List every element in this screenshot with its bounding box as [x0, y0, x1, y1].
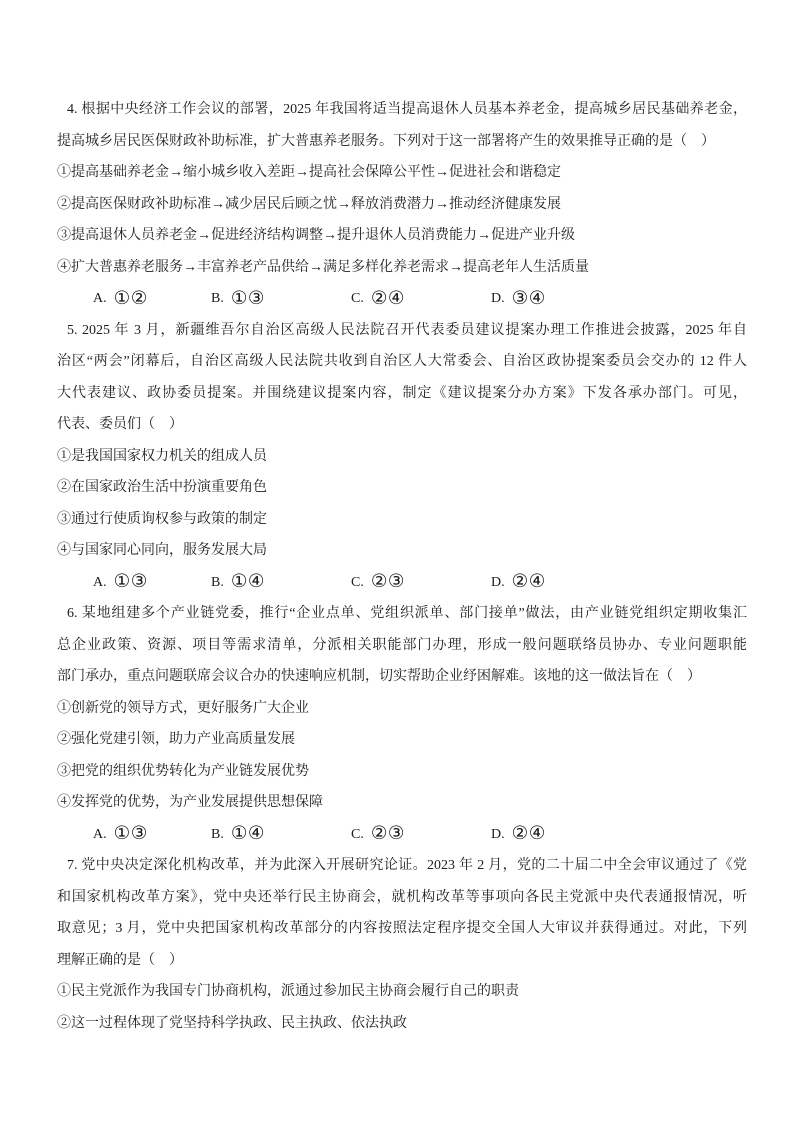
choice-d: D. ②④	[491, 567, 546, 599]
choice-b: B. ①④	[211, 819, 351, 851]
question-item: ②在国家政治生活中扮演重要角色	[57, 472, 747, 504]
choice-value: ②③	[371, 825, 405, 844]
question-item: ①创新党的领导方式，更好服务广大企业	[57, 693, 747, 725]
choice-value: ①④	[231, 573, 265, 592]
choice-label: B.	[211, 819, 224, 851]
question-item: ②这一过程体现了党坚持科学执政、民主执政、依法执政	[57, 1008, 747, 1040]
choice-a: A. ①③	[93, 567, 211, 599]
choice-label: C.	[351, 283, 364, 315]
choice-label: C.	[351, 819, 364, 851]
question-4: 4. 根据中央经济工作会议的部署，2025 年我国将适当提高退休人员基本养老金，…	[57, 94, 747, 315]
choice-value: ①②	[114, 290, 148, 309]
question-6: 6. 某地组建多个产业链党委，推行“企业点单、党组织派单、部门接单”做法，由产业…	[57, 598, 747, 850]
question-item: ③通过行使质询权参与政策的制定	[57, 504, 747, 536]
question-item: ②强化党建引领，助力产业高质量发展	[57, 724, 747, 756]
choice-label: A.	[93, 819, 107, 851]
question-7: 7. 党中央决定深化机构改革，并为此深入开展研究论证。2023 年 2 月，党的…	[57, 850, 747, 1039]
choice-value: ①④	[231, 825, 265, 844]
question-item: ④发挥党的优势，为产业发展提供思想保障	[57, 787, 747, 819]
answer-choices-row: A. ①② B. ①③ C. ②④ D. ③④	[57, 283, 747, 315]
question-stem-line: 5. 2025 年 3 月，新疆维吾尔自治区高级人民法院召开代表委员建议提案办理…	[57, 315, 747, 347]
question-item: ④与国家同心同向，服务发展大局	[57, 535, 747, 567]
choice-value: ①③	[114, 825, 148, 844]
question-5: 5. 2025 年 3 月，新疆维吾尔自治区高级人民法院召开代表委员建议提案办理…	[57, 315, 747, 599]
question-stem-line: 治区“两会”闭幕后，自治区高级人民法院共收到自治区人大常委会、自治区政协提案委员…	[57, 346, 747, 378]
question-item: ①提高基础养老金→缩小城乡收入差距→提高社会保障公平性→促进社会和谐稳定	[57, 157, 747, 189]
choice-value: ①③	[231, 290, 265, 309]
question-stem-line: 代表、委员们（ ）	[57, 409, 747, 441]
answer-choices-row: A. ①③ B. ①④ C. ②③ D. ②④	[57, 567, 747, 599]
question-stem-line: 取意见；3 月，党中央把国家机构改革部分的内容按照法定程序提交全国人大审议并获得…	[57, 913, 747, 945]
choice-d: D. ③④	[491, 283, 546, 315]
choice-label: B.	[211, 567, 224, 599]
choice-c: C. ②③	[351, 567, 491, 599]
exam-document-page: 4. 根据中央经济工作会议的部署，2025 年我国将适当提高退休人员基本养老金，…	[0, 0, 800, 1131]
choice-value: ①③	[114, 573, 148, 592]
choice-a: A. ①②	[93, 283, 211, 315]
choice-value: ②④	[371, 290, 405, 309]
choice-value: ②③	[371, 573, 405, 592]
choice-c: C. ②④	[351, 283, 491, 315]
choice-label: D.	[491, 283, 505, 315]
choice-b: B. ①③	[211, 283, 351, 315]
question-item: ③提高退休人员养老金→促进经济结构调整→提升退休人员消费能力→促进产业升级	[57, 220, 747, 252]
question-item: ②提高医保财政补助标准→减少居民后顾之忧→释放消费潜力→推动经济健康发展	[57, 189, 747, 221]
question-stem-line: 大代表建议、政协委员提案。并围绕建议提案内容，制定《建议提案分办方案》下发各承办…	[57, 378, 747, 410]
question-stem-line: 7. 党中央决定深化机构改革，并为此深入开展研究论证。2023 年 2 月，党的…	[57, 850, 747, 882]
question-stem-line: 理解正确的是（ ）	[57, 945, 747, 977]
question-stem-line: 提高城乡居民医保财政补助标准，扩大普惠养老服务。下列对于这一部署将产生的效果推导…	[57, 126, 747, 158]
choice-value: ②④	[512, 573, 546, 592]
question-item: ①是我国国家权力机关的组成人员	[57, 441, 747, 473]
questions-area: 4. 根据中央经济工作会议的部署，2025 年我国将适当提高退休人员基本养老金，…	[57, 94, 747, 1039]
question-item: ①民主党派作为我国专门协商机构，派通过参加民主协商会履行自己的职责	[57, 976, 747, 1008]
choice-a: A. ①③	[93, 819, 211, 851]
choice-label: D.	[491, 819, 505, 851]
choice-label: C.	[351, 567, 364, 599]
question-item: ④扩大普惠养老服务→丰富养老产品供给→满足多样化养老需求→提高老年人生活质量	[57, 252, 747, 284]
answer-choices-row: A. ①③ B. ①④ C. ②③ D. ②④	[57, 819, 747, 851]
choice-label: A.	[93, 283, 107, 315]
choice-c: C. ②③	[351, 819, 491, 851]
choice-value: ②④	[512, 825, 546, 844]
choice-d: D. ②④	[491, 819, 546, 851]
question-item: ③把党的组织优势转化为产业链发展优势	[57, 756, 747, 788]
question-stem-line: 总企业政策、资源、项目等需求清单，分派相关职能部门办理，形成一般问题联络员协办、…	[57, 630, 747, 662]
choice-value: ③④	[512, 290, 546, 309]
choice-label: A.	[93, 567, 107, 599]
question-stem-line: 部门承办，重点问题联席会议合办的快速响应机制，切实帮助企业纾困解难。该地的这一做…	[57, 661, 747, 693]
choice-b: B. ①④	[211, 567, 351, 599]
choice-label: B.	[211, 283, 224, 315]
question-stem-line: 6. 某地组建多个产业链党委，推行“企业点单、党组织派单、部门接单”做法，由产业…	[57, 598, 747, 630]
question-stem-line: 4. 根据中央经济工作会议的部署，2025 年我国将适当提高退休人员基本养老金，…	[57, 94, 747, 126]
choice-label: D.	[491, 567, 505, 599]
question-stem-line: 和国家机构改革方案》，党中央还举行民主协商会，就机构改革等事项向各民主党派中央代…	[57, 882, 747, 914]
